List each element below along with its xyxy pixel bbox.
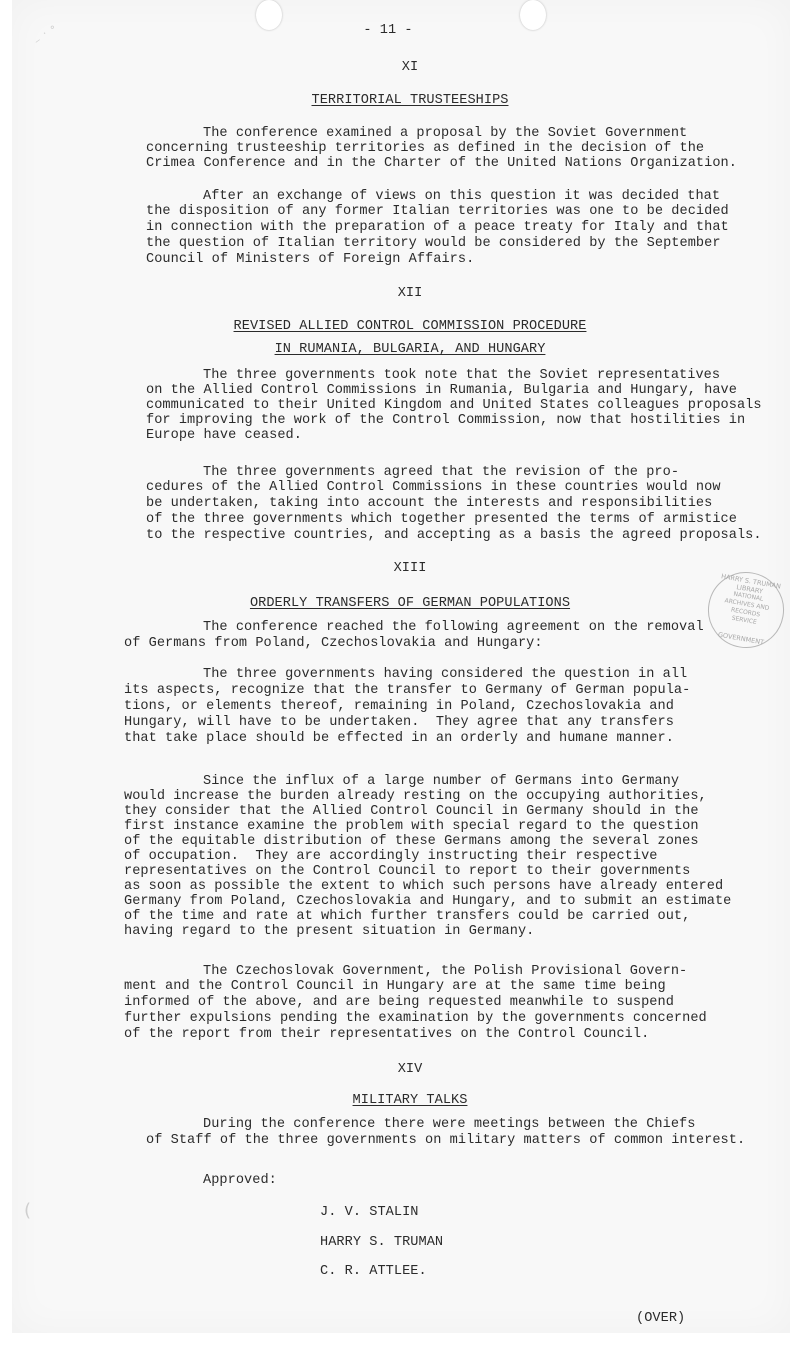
approved-label: Approved: bbox=[203, 1173, 277, 1188]
paragraph-line: Crimea Conference and in the Charter of … bbox=[146, 156, 737, 171]
paragraph-line: having regard to the present situation i… bbox=[124, 924, 534, 939]
paragraph-line: to the respective countries, and accepti… bbox=[146, 528, 762, 543]
paragraph-line: that take place should be effected in an… bbox=[124, 731, 674, 746]
paragraph-line: of occupation. They are accordingly inst… bbox=[124, 849, 658, 864]
signatory-stalin: J. V. STALIN bbox=[320, 1205, 419, 1220]
section-title-xi: TERRITORIAL TRUSTEESHIPS bbox=[14, 93, 792, 108]
paragraph-line: The three governments having considered … bbox=[203, 667, 687, 682]
paragraph-line: During the conference there were meeting… bbox=[203, 1117, 695, 1132]
paragraph-line: on the Allied Control Commissions in Rum… bbox=[146, 383, 737, 398]
paragraph-line: The conference reached the following agr… bbox=[203, 620, 704, 635]
paragraph-line: its aspects, recognize that the transfer… bbox=[124, 683, 690, 698]
paragraph-line: The three governments agreed that the re… bbox=[203, 465, 679, 480]
paper-edge-mark: ( bbox=[24, 1200, 31, 1221]
paragraph-line: Since the influx of a large number of Ge… bbox=[203, 774, 679, 789]
page-number: - 11 - bbox=[0, 23, 784, 38]
paragraph-line: Germany from Poland, Czechoslovakia and … bbox=[124, 894, 731, 909]
paragraph-line: be undertaken, taking into account the i… bbox=[146, 496, 712, 511]
paragraph-line: of the equitable distribution of these G… bbox=[124, 834, 699, 849]
paragraph-line: Europe have ceased. bbox=[146, 428, 302, 443]
paragraph-line: concerning trusteeship territories as de… bbox=[146, 141, 704, 156]
paragraph-line: Hungary, will have to be undertaken. The… bbox=[124, 715, 674, 730]
over-note: (OVER) bbox=[636, 1311, 685, 1326]
paragraph-line: they consider that the Allied Control Co… bbox=[124, 804, 699, 819]
paragraph-line: tions, or elements thereof, remaining in… bbox=[124, 699, 674, 714]
section-numeral-xiv: XIV bbox=[14, 1062, 792, 1077]
paragraph-line: of Staff of the three governments on mil… bbox=[146, 1133, 745, 1148]
paragraph-line: Council of Ministers of Foreign Affairs. bbox=[146, 252, 474, 267]
paragraph-line: of the time and rate at which further tr… bbox=[124, 909, 690, 924]
paragraph-line: of Germans from Poland, Czechoslovakia a… bbox=[124, 636, 543, 651]
paragraph-line: of the report from their representatives… bbox=[124, 1027, 649, 1042]
paragraph-line: would increase the burden already restin… bbox=[124, 789, 707, 804]
signatory-attlee: C. R. ATTLEE. bbox=[320, 1264, 427, 1279]
paragraph-line: first instance examine the problem with … bbox=[124, 819, 699, 834]
section-numeral-xi: XI bbox=[14, 60, 792, 75]
section-title-xiii: ORDERLY TRANSFERS OF GERMAN POPULATIONS bbox=[14, 596, 792, 611]
paragraph-line: communicated to their United Kingdom and… bbox=[146, 398, 762, 413]
section-title-xiv: MILITARY TALKS bbox=[14, 1093, 792, 1108]
paragraph-line: the disposition of any former Italian te… bbox=[146, 204, 729, 219]
paragraph-line: After an exchange of views on this quest… bbox=[203, 189, 720, 204]
section-numeral-xii: XII bbox=[14, 286, 792, 301]
section-title-xii-line2: IN RUMANIA, BULGARIA, AND HUNGARY bbox=[14, 342, 792, 357]
paragraph-line: informed of the above, and are being req… bbox=[124, 995, 674, 1010]
paragraph-line: ment and the Control Council in Hungary … bbox=[124, 979, 666, 994]
paragraph-line: cedures of the Allied Control Commission… bbox=[146, 480, 721, 495]
paragraph-line: for improving the work of the Control Co… bbox=[146, 413, 745, 428]
paragraph-line: in connection with the preparation of a … bbox=[146, 220, 729, 235]
paragraph-line: The conference examined a proposal by th… bbox=[203, 126, 687, 141]
section-title-xii-line1: REVISED ALLIED CONTROL COMMISSION PROCED… bbox=[14, 319, 792, 334]
signatory-truman: HARRY S. TRUMAN bbox=[320, 1235, 443, 1250]
paragraph-line: The Czechoslovak Government, the Polish … bbox=[203, 964, 687, 979]
paragraph-line: The three governments took note that the… bbox=[203, 368, 720, 383]
paragraph-line: as soon as possible the extent to which … bbox=[124, 879, 723, 894]
paragraph-line: representatives on the Control Council t… bbox=[124, 864, 690, 879]
paragraph-line: further expulsions pending the examinati… bbox=[124, 1011, 707, 1026]
section-numeral-xiii: XIII bbox=[14, 561, 792, 576]
paragraph-line: of the three governments which together … bbox=[146, 512, 737, 527]
paragraph-line: the question of Italian territory would … bbox=[146, 236, 721, 251]
